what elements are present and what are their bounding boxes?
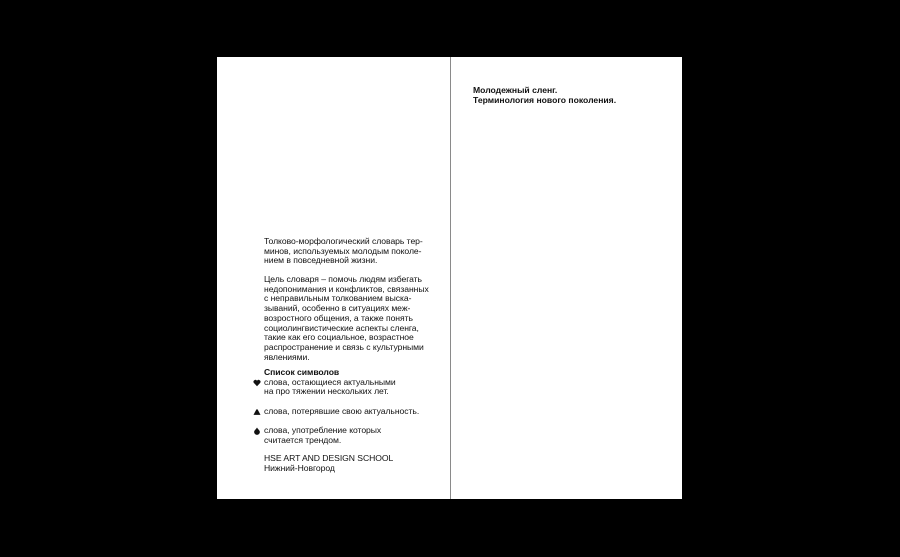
school-city: Нижний-Новгород [264, 464, 436, 474]
intro-paragraph: Толково-морфологический словарь тер- мин… [264, 237, 436, 266]
intro-line: нием в повседневной жизни. [264, 256, 436, 266]
triangle-icon [253, 408, 261, 416]
title-line: Терминология нового поколения. [473, 95, 673, 105]
purpose-line: явлениями. [264, 353, 436, 363]
drop-icon [253, 427, 261, 435]
purpose-paragraph: Цель словаря – помочь людям избегать нед… [264, 275, 436, 362]
symbol-item-drop: слова, употребление которых считается тр… [264, 426, 436, 445]
title-line: Молодежный сленг. [473, 85, 673, 95]
booklet-title: Молодежный сленг. Терминология нового по… [473, 85, 673, 106]
symbol-text: считается трендом. [264, 436, 436, 446]
school-credit: HSE ART AND DESIGN SCHOOL Нижний-Новгоро… [264, 454, 436, 473]
symbols-legend: Список символов слова, остающиеся актуал… [264, 368, 436, 445]
symbol-item-triangle: слова, потерявшие свою актуальность. [264, 407, 436, 417]
right-page: Молодежный сленг. Терминология нового по… [451, 57, 682, 499]
symbol-text: на про тяжении нескольких лет. [264, 387, 436, 397]
symbol-item-heart: слова, остающиеся актуальными на про тяж… [264, 378, 436, 397]
symbol-text: слова, потерявшие свою актуальность. [264, 407, 436, 417]
heart-icon [253, 379, 261, 387]
left-page: Толково-морфологический словарь тер- мин… [217, 57, 450, 499]
booklet-spread: Толково-морфологический словарь тер- мин… [217, 57, 682, 499]
